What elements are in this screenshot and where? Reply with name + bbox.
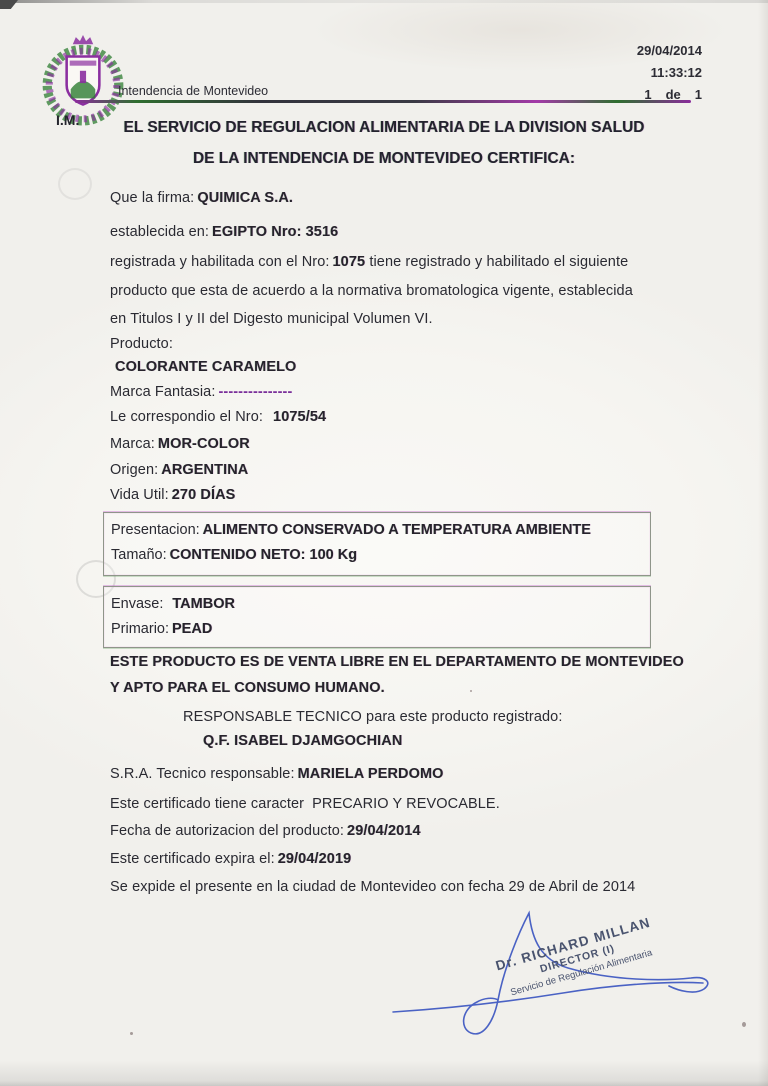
sra-line: S.R.A. Tecnico responsable:MARIELA PERDO…	[110, 766, 444, 782]
field-label: Marca Fantasia:	[110, 384, 215, 400]
primario-row: Primario:PEAD	[111, 621, 650, 637]
field-value: PEAD	[172, 621, 212, 637]
origen-line: Origen:ARGENTINA	[110, 462, 248, 478]
autorizacion-line: Fecha de autorizacion del producto:29/04…	[110, 823, 421, 839]
field-value: ALIMENTO CONSERVADO A TEMPERATURA AMBIEN…	[203, 522, 591, 538]
certificate-title-line2: DE LA INTENDENCIA DE MONTEVIDEO CERTIFIC…	[0, 143, 768, 174]
responsable-name: Q.F. ISABEL DJAMGOCHIAN	[203, 733, 402, 749]
field-label: establecida en:	[110, 224, 209, 240]
header-date: 29/04/2014	[568, 40, 702, 62]
venta-libre-line1: ESTE PRODUCTO ES DE VENTA LIBRE EN EL DE…	[110, 654, 684, 670]
field-label: Envase:	[111, 596, 163, 612]
vida-util-line: Vida Util:270 DÍAS	[110, 487, 235, 503]
field-label: Que la firma:	[110, 190, 194, 206]
field-label: Fecha de autorizacion del producto:	[110, 823, 344, 839]
field-value: CONTENIDO NETO: 100 Kg	[170, 547, 357, 563]
envase-box: Envase:TAMBOR Primario:PEAD	[103, 586, 651, 648]
establecida-line: establecida en:EGIPTO Nro: 3516	[110, 224, 338, 240]
producto-label: Producto:	[110, 336, 173, 352]
scan-speck	[130, 1032, 133, 1035]
registro-line: registrada y habilitada con el Nro:1075 …	[110, 254, 628, 270]
scanned-certificate-page: Intendencia de Montevideo 29/04/2014 11:…	[0, 0, 768, 1086]
field-value: ---------------	[218, 384, 292, 400]
field-label: Presentacion:	[111, 522, 200, 538]
paragraph-text: tiene registrado y habilitado el siguien…	[369, 254, 628, 270]
field-value: EGIPTO Nro: 3516	[212, 224, 338, 240]
header-time: 11:33:12	[568, 62, 702, 84]
scan-top-edge	[0, 0, 768, 3]
marca-line: Marca:MOR-COLOR	[110, 436, 250, 452]
paragraph-text: registrada y habilitada con el Nro:	[110, 254, 330, 270]
field-value: 29/04/2019	[278, 851, 352, 867]
scan-speck	[742, 1022, 746, 1027]
field-label: S.R.A. Tecnico responsable:	[110, 766, 295, 782]
scan-speck	[470, 690, 472, 692]
scan-corner-mark	[0, 0, 18, 9]
field-label: Este certificado expira el:	[110, 851, 275, 867]
field-value: 29/04/2014	[347, 823, 421, 839]
field-value: ARGENTINA	[161, 462, 248, 478]
field-value: TAMBOR	[172, 596, 235, 612]
presentacion-box: Presentacion:ALIMENTO CONSERVADO A TEMPE…	[103, 512, 651, 576]
field-value: QUIMICA S.A.	[197, 190, 293, 206]
field-value: 270 DÍAS	[172, 487, 236, 503]
field-label: Vida Util:	[110, 487, 169, 503]
paragraph-line: en Titulos I y II del Digesto municipal …	[110, 311, 433, 327]
field-label: Tamaño:	[111, 547, 167, 563]
nro-correspondido-line: Le correspondio el Nro:1075/54	[110, 409, 326, 425]
header-divider-line	[75, 100, 691, 103]
expide-line: Se expide el presente en la ciudad de Mo…	[110, 879, 635, 895]
responsable-heading: RESPONSABLE TECNICO para este producto r…	[183, 709, 562, 725]
presentacion-row: Presentacion:ALIMENTO CONSERVADO A TEMPE…	[111, 522, 650, 538]
field-value: 1075/54	[273, 409, 326, 425]
page-total: 1	[695, 84, 702, 106]
header-datetime-block: 29/04/2014 11:33:12 1de1	[568, 40, 702, 106]
producto-value: COLORANTE CARAMELO	[115, 359, 296, 375]
venta-libre-line2: Y APTO PARA EL CONSUMO HUMANO.	[110, 680, 385, 696]
field-label: Le correspondio el Nro:	[110, 409, 263, 425]
field-value: MARIELA PERDOMO	[298, 766, 444, 782]
field-label: Origen:	[110, 462, 158, 478]
envase-row: Envase:TAMBOR	[111, 596, 650, 612]
field-label: Este certificado tiene caracter	[110, 796, 304, 812]
caracter-line: Este certificado tiene caracterPRECARIO …	[110, 796, 500, 812]
certificate-title: EL SERVICIO DE REGULACION ALIMENTARIA DE…	[0, 112, 768, 174]
marca-fantasia-line: Marca Fantasia:---------------	[110, 384, 292, 400]
org-name: Intendencia de Montevideo	[118, 84, 268, 98]
field-label: Primario:	[111, 621, 169, 637]
field-label: Marca:	[110, 436, 155, 452]
field-value: MOR-COLOR	[158, 436, 250, 452]
tamano-row: Tamaño:CONTENIDO NETO: 100 Kg	[111, 547, 650, 563]
expira-line: Este certificado expira el:29/04/2019	[110, 851, 351, 867]
certificate-title-line1: EL SERVICIO DE REGULACION ALIMENTARIA DE…	[0, 112, 768, 143]
field-value: PRECARIO Y REVOCABLE.	[312, 796, 500, 812]
paragraph-line: producto que esta de acuerdo a la normat…	[110, 283, 633, 299]
scan-bottom-shadow	[0, 1060, 768, 1086]
registro-number: 1075	[333, 254, 366, 270]
firma-line: Que la firma:QUIMICA S.A.	[110, 190, 293, 206]
